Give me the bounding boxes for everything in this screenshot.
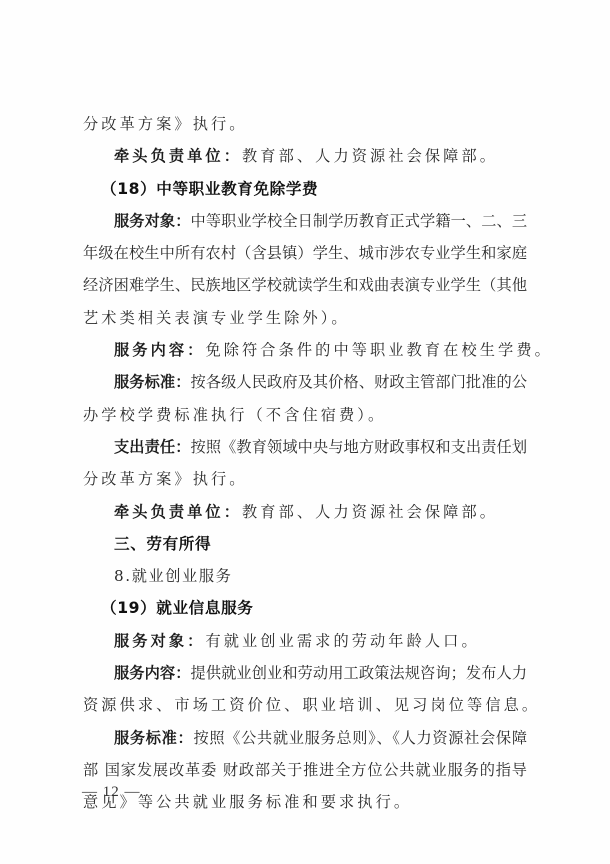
section-heading: （19）就业信息服务 xyxy=(83,592,527,624)
field-value: 教育部、人力资源社会保障部。 xyxy=(242,147,498,165)
field-label: 服务标准： xyxy=(114,729,193,747)
section-heading: （18）中等职业教育免除学费 xyxy=(83,173,527,205)
field-label: 牵头负责单位： xyxy=(114,147,242,165)
line-text: 部 国家发展改革委 财政部关于推进全方位公共就业服务的指导 xyxy=(83,761,527,779)
field-value: 按各级人民政府及其价格、财政主管部门批准的公 xyxy=(191,373,528,391)
heading-text: （18）中等职业教育免除学费 xyxy=(101,180,318,198)
field-line: 牵头负责单位：教育部、人力资源社会保障部。 xyxy=(83,496,527,528)
field-label: 服务标准： xyxy=(114,373,191,391)
field-line: 支出责任：按照《教育领域中央与地方财政事权和支出责任划 xyxy=(83,431,527,463)
heading-text: （19）就业信息服务 xyxy=(101,599,253,617)
field-value: 免除符合条件的中等职业教育在校生学费。 xyxy=(205,341,552,359)
field-line: 服务标准：按照《公共就业服务总则》、《人力资源社会保障 xyxy=(83,722,527,754)
field-value: 中等职业学校全日制学历教育正式学籍一、二、三 xyxy=(191,212,528,230)
field-line: 服务标准：按各级人民政府及其价格、财政主管部门批准的公 xyxy=(83,366,527,398)
document-page: 分改革方案》执行。 牵头负责单位：教育部、人力资源社会保障部。 （18）中等职业… xyxy=(0,0,610,864)
heading-text: 8.就业创业服务 xyxy=(114,567,232,585)
line-text: 办学校学费标准执行（不含住宿费）。 xyxy=(83,406,386,424)
field-label: 服务对象： xyxy=(114,632,205,650)
line-text: 分改革方案》执行。 xyxy=(83,470,248,488)
text-line: 部 国家发展改革委 财政部关于推进全方位公共就业服务的指导 xyxy=(83,754,527,786)
text-line: 分改革方案》执行。 xyxy=(83,108,527,140)
field-label: 牵头负责单位： xyxy=(114,503,242,521)
text-line: 办学校学费标准执行（不含住宿费）。 xyxy=(83,399,527,431)
line-text: 经济困难学生、民族地区学校就读学生和戏曲表演专业学生（其他 xyxy=(83,276,527,294)
text-line: 经济困难学生、民族地区学校就读学生和戏曲表演专业学生（其他 xyxy=(83,269,527,301)
field-line: 服务内容：提供就业创业和劳动用工政策法规咨询；发布人力 xyxy=(83,657,527,689)
text-line: 艺术类相关表演专业学生除外）。 xyxy=(83,302,527,334)
field-value: 提供就业创业和劳动用工政策法规咨询；发布人力 xyxy=(191,664,528,682)
text-line: 意见》等公共就业服务标准和要求执行。 xyxy=(83,786,527,818)
heading-text: 三、劳有所得 xyxy=(114,535,211,553)
text-line: 资源供求、市场工资价位、职业培训、见习岗位等信息。 xyxy=(83,689,527,721)
field-value: 教育部、人力资源社会保障部。 xyxy=(242,503,498,521)
subsection-heading: 8.就业创业服务 xyxy=(83,560,527,592)
field-label: 服务对象： xyxy=(114,212,191,230)
chapter-heading: 三、劳有所得 xyxy=(83,528,527,560)
field-label: 服务内容： xyxy=(114,341,205,359)
field-line: 服务对象：有就业创业需求的劳动年龄人口。 xyxy=(83,625,527,657)
page-number: — 12 — xyxy=(82,784,141,801)
field-label: 支出责任： xyxy=(114,438,191,456)
line-text: 艺术类相关表演专业学生除外）。 xyxy=(83,309,350,327)
field-value: 按照《公共就业服务总则》、《人力资源社会保障 xyxy=(193,729,527,747)
field-value: 有就业创业需求的劳动年龄人口。 xyxy=(205,632,479,650)
document-body: 分改革方案》执行。 牵头负责单位：教育部、人力资源社会保障部。 （18）中等职业… xyxy=(83,108,527,819)
line-text: 年级在校生中所有农村（含县镇）学生、城市涉农专业学生和家庭 xyxy=(83,244,527,262)
field-label: 服务内容： xyxy=(114,664,191,682)
field-line: 服务对象：中等职业学校全日制学历教育正式学籍一、二、三 xyxy=(83,205,527,237)
field-value: 按照《教育领域中央与地方财政事权和支出责任划 xyxy=(191,438,528,456)
field-line: 服务内容：免除符合条件的中等职业教育在校生学费。 xyxy=(83,334,527,366)
line-text: 资源供求、市场工资价位、职业培训、见习岗位等信息。 xyxy=(83,696,540,714)
text-line: 年级在校生中所有农村（含县镇）学生、城市涉农专业学生和家庭 xyxy=(83,237,527,269)
field-line: 牵头负责单位：教育部、人力资源社会保障部。 xyxy=(83,140,527,172)
text-line: 分改革方案》执行。 xyxy=(83,463,527,495)
line-text: 分改革方案》执行。 xyxy=(83,115,248,133)
